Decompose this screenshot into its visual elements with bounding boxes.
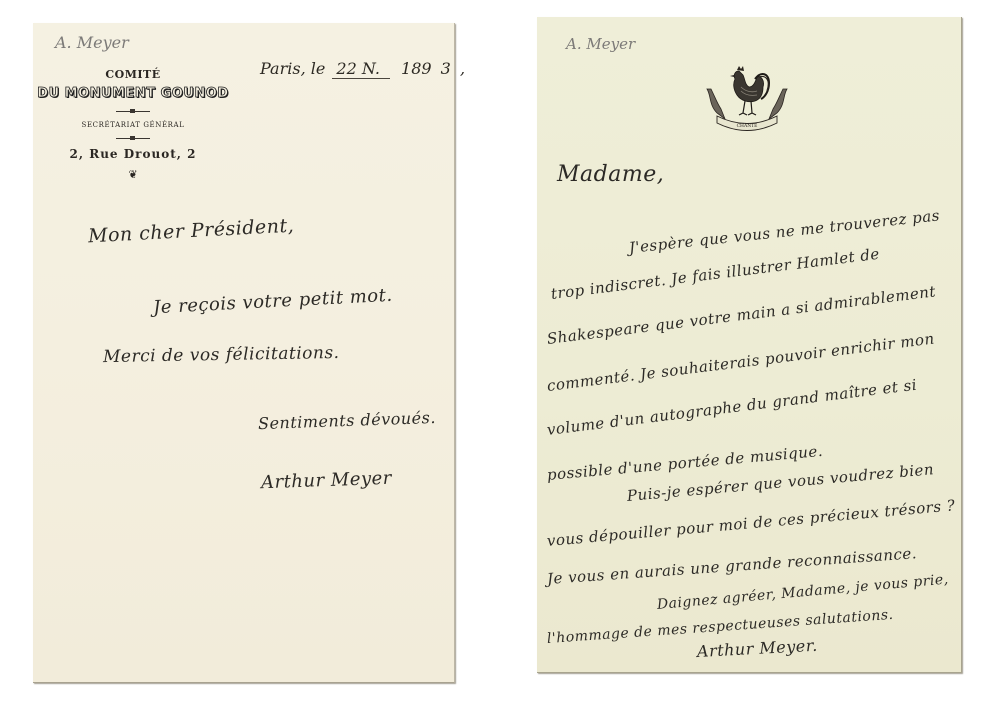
dateline-day-month: 22 N. (332, 59, 390, 79)
letterhead-comite: COMITÉ (33, 68, 233, 81)
letter-left-line: Merci de vos félicitations. (103, 343, 340, 367)
letterhead-ornament-icon: ❦ (33, 168, 233, 181)
rooster-emblem-icon: CHANTE (697, 61, 797, 141)
letter-right-salutation: Madame, (557, 162, 664, 187)
letter-right-line: J'espère que vous ne me trouverez pas (628, 206, 941, 257)
letter-right-closing: Daignez agréer, Madame, je vous prie, (656, 572, 949, 613)
letter-left-line: Je reçois votre petit mot. (153, 285, 393, 319)
letter-left-sheet: A. Meyer COMITÉ DU MONUMENT GOUNOD SECRÉ… (33, 23, 455, 683)
dateline-year-suffix: 3 (441, 59, 451, 78)
letterhead-rule-2 (116, 138, 150, 139)
dateline-prefix: Paris, le (260, 59, 325, 78)
pencil-attribution-note: A. Meyer (566, 35, 635, 53)
letterhead-title: DU MONUMENT GOUNOD (33, 86, 233, 101)
emblem-motto: CHANTE (737, 123, 758, 129)
pencil-attribution-note: A. Meyer (55, 33, 129, 52)
letter-left-closing: Sentiments dévoués. (258, 408, 436, 433)
letterhead-address: 2, Rue Drouot, 2 (33, 147, 233, 161)
letter-right-line: vous dépouiller pour moi de ces précieux… (546, 496, 956, 550)
dateline: Paris, le 22 N. 189 3 , (260, 59, 465, 79)
letterhead-secretariat: SECRÉTARIAT GÉNÉRAL (33, 121, 233, 129)
dateline-year-prefix: 189 (401, 59, 432, 78)
letter-right-sheet: A. Meyer CHANTE Madame, J'espère que vou… (537, 17, 962, 673)
letter-left-salutation: Mon cher Président, (88, 215, 295, 248)
letter-right-signature: Arthur Meyer. (697, 636, 819, 661)
letter-left-signature: Arthur Meyer (261, 468, 393, 494)
letterhead-rule-1 (116, 111, 150, 112)
dateline-trailing: , (460, 59, 465, 78)
